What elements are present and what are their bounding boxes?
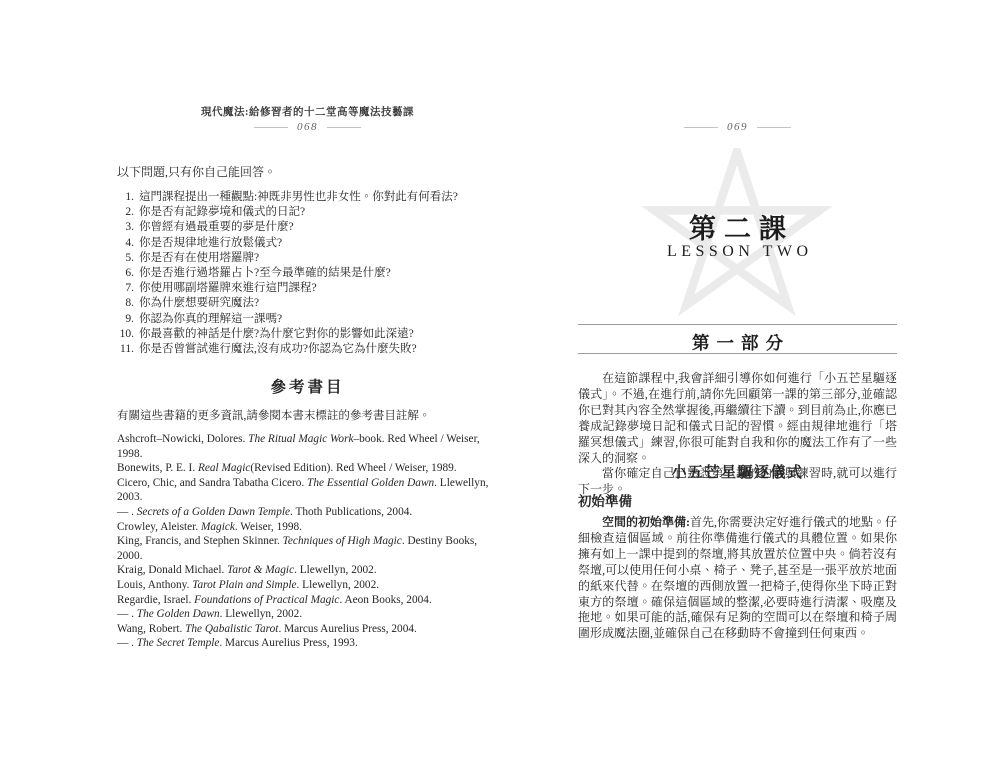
bib-text-segment: . Weiser, 1998. (235, 521, 302, 533)
question-text: 你是否有記錄夢境和儀式的日記? (139, 205, 498, 220)
question-text: 你最喜歡的神話是什麼?為什麼它對你的影響如此深遠? (139, 327, 498, 342)
bibliography-list: Ashcroft–Nowicki, Dolores. The Ritual Ma… (117, 432, 502, 651)
bib-title-segment: The Golden Dawn (137, 608, 220, 620)
question-number: 7. (113, 281, 134, 296)
bib-title-segment: The Qabalistic Tarot (185, 623, 278, 635)
bibliography-note: 有關這些書籍的更多資訊,請參閱本書末標註的參考書目註解。 (117, 407, 498, 423)
bib-title-segment: The Secret Temple (137, 637, 220, 649)
question-number: 1. (113, 190, 134, 205)
bib-text-segment: Crowley, Aleister. (117, 521, 201, 533)
preparation-body: 空間的初始準備:首先,你需要決定好進行儀式的地點。仔細檢查這個區域。前往你準備進… (578, 515, 897, 642)
preparation-text: 首先,你需要決定好進行儀式的地點。仔細檢查這個區域。前往你準備進行儀式的具體位置… (578, 515, 897, 640)
bib-title-segment: Techniques of High Magic (283, 535, 402, 547)
question-item: 8.你為什麼想要研究魔法? (113, 296, 498, 311)
bib-title-segment: Tarot & Magic (227, 564, 294, 576)
lesson-title-zh: 第二課 (578, 207, 897, 246)
bibliography-entry: — . Secrets of a Golden Dawn Temple. Tho… (117, 505, 502, 520)
question-number: 8. (113, 296, 134, 311)
left-page-number: 068 (297, 121, 318, 133)
question-number: 6. (113, 266, 134, 281)
right-page-number: 069 (727, 121, 748, 133)
question-text: 這門課程提出一種觀點:神既非男性也非女性。你對此有何看法? (139, 190, 498, 205)
bib-title-segment: Real Magic (198, 462, 250, 474)
left-folio: 068 (117, 121, 498, 133)
left-running-head: 現代魔法:給修習者的十二堂高等魔法技藝課 (117, 104, 498, 119)
bibliography-entry: Crowley, Aleister. Magick. Weiser, 1998. (117, 520, 502, 535)
bib-title-segment: The Ritual Magic Work (248, 433, 353, 445)
question-number: 2. (113, 205, 134, 220)
bib-text-segment: Bonewits, P. E. I. (117, 462, 198, 474)
bibliography-entry: Kraig, Donald Michael. Tarot & Magic. Ll… (117, 563, 502, 578)
bib-text-segment: . Marcus Aurelius Press, 2004. (278, 623, 416, 635)
question-list: 1.這門課程提出一種觀點:神既非男性也非女性。你對此有何看法?2.你是否有記錄夢… (113, 190, 498, 357)
question-text: 你使用哪副塔羅牌來進行這門課程? (139, 281, 498, 296)
bib-title-segment: Secrets of a Golden Dawn Temple (137, 506, 290, 518)
bib-title-segment: Tarot Plain and Simple (192, 579, 296, 591)
folio-dash (327, 127, 361, 128)
question-item: 2.你是否有記錄夢境和儀式的日記? (113, 205, 498, 220)
question-item: 3.你曾經有過最重要的夢是什麼? (113, 220, 498, 235)
question-item: 9.你認為你真的理解這一課嗎? (113, 312, 498, 327)
bibliography-heading: 參考書目 (117, 375, 498, 397)
bib-title-segment: Magick (201, 521, 235, 533)
bib-text-segment: . Llewellyn, 2002. (297, 579, 380, 591)
body-paragraph: 在這節課程中,我會詳細引導你如何進行「小五芒星驅逐儀式」。不過,在進行前,請你先… (578, 371, 897, 466)
bib-text-segment: Cicero, Chic, and Sandra Tabatha Cicero. (117, 477, 307, 489)
right-folio: 069 (578, 121, 897, 133)
bibliography-entry: Ashcroft–Nowicki, Dolores. The Ritual Ma… (117, 432, 502, 461)
question-text: 你認為你真的理解這一課嗎? (139, 312, 498, 327)
bib-text-segment: — . (117, 608, 137, 620)
bib-text-segment: . Llewellyn, 2002. (220, 608, 303, 620)
bib-text-segment: (Revised Edition). Red Wheel / Weiser, 1… (250, 462, 456, 474)
bibliography-entry: — . The Golden Dawn. Llewellyn, 2002. (117, 607, 502, 622)
question-text: 你為什麼想要研究魔法? (139, 296, 498, 311)
folio-dash (757, 127, 791, 128)
bib-text-segment: . Marcus Aurelius Press, 1993. (219, 637, 357, 649)
question-text: 你是否有在使用塔羅牌? (139, 251, 498, 266)
ritual-heading: 小五芒星驅逐儀式 (578, 461, 897, 482)
bibliography-entry: — . The Secret Temple. Marcus Aurelius P… (117, 636, 502, 651)
question-item: 5.你是否有在使用塔羅牌? (113, 251, 498, 266)
question-text: 你是否進行過塔羅占卜?至今最準確的結果是什麼? (139, 266, 498, 281)
bibliography-entry: Louis, Anthony. Tarot Plain and Simple. … (117, 578, 502, 593)
question-item: 1.這門課程提出一種觀點:神既非男性也非女性。你對此有何看法? (113, 190, 498, 205)
part-rule-top (578, 324, 897, 325)
question-number: 3. (113, 220, 134, 235)
bib-text-segment: King, Francis, and Stephen Skinner. (117, 535, 283, 547)
question-item: 6.你是否進行過塔羅占卜?至今最準確的結果是什麼? (113, 266, 498, 281)
bibliography-entry: Regardie, Israel. Foundations of Practic… (117, 593, 502, 608)
question-item: 10.你最喜歡的神話是什麼?為什麼它對你的影響如此深遠? (113, 327, 498, 342)
bib-text-segment: . Llewellyn, 2002. (294, 564, 377, 576)
part-heading: 第一部分 (578, 330, 897, 355)
bibliography-entry: King, Francis, and Stephen Skinner. Tech… (117, 534, 502, 563)
bib-text-segment: Kraig, Donald Michael. (117, 564, 227, 576)
question-number: 4. (113, 236, 134, 251)
bib-text-segment: . Aeon Books, 2004. (339, 594, 431, 606)
subsection-heading: 初始準備 (578, 490, 897, 510)
folio-dash (684, 127, 718, 128)
question-text: 你是否曾嘗試進行魔法,沒有成功?你認為它為什麼失敗? (139, 342, 498, 357)
bibliography-entry: Cicero, Chic, and Sandra Tabatha Cicero.… (117, 476, 502, 505)
question-item: 7.你使用哪副塔羅牌來進行這門課程? (113, 281, 498, 296)
question-item: 4.你是否規律地進行放鬆儀式? (113, 236, 498, 251)
bib-text-segment: Ashcroft–Nowicki, Dolores. (117, 433, 248, 445)
preparation-lead: 空間的初始準備: (602, 515, 690, 529)
folio-dash (254, 127, 288, 128)
question-text: 你曾經有過最重要的夢是什麼? (139, 220, 498, 235)
question-number: 9. (113, 312, 134, 327)
bib-text-segment: . Thoth Publications, 2004. (290, 506, 412, 518)
bibliography-entry: Wang, Robert. The Qabalistic Tarot. Marc… (117, 622, 502, 637)
bib-text-segment: Wang, Robert. (117, 623, 185, 635)
bib-text-segment: Regardie, Israel. (117, 594, 194, 606)
bib-text-segment: — . (117, 506, 137, 518)
bib-text-segment: — . (117, 637, 137, 649)
lesson-title-en: LESSON TWO (578, 243, 897, 261)
bib-text-segment: Louis, Anthony. (117, 579, 192, 591)
bib-title-segment: The Essential Golden Dawn (307, 477, 434, 489)
question-number: 11. (113, 342, 134, 357)
bib-title-segment: Foundations of Practical Magic (194, 594, 339, 606)
book-spread: 現代魔法:給修習者的十二堂高等魔法技藝課 068 以下問題,只有你自己能回答。 … (0, 0, 997, 764)
questions-intro: 以下問題,只有你自己能回答。 (117, 163, 498, 180)
question-number: 5. (113, 251, 134, 266)
bibliography-entry: Bonewits, P. E. I. Real Magic(Revised Ed… (117, 461, 502, 476)
part-rule-bottom (578, 353, 897, 354)
preparation-paragraph: 空間的初始準備:首先,你需要決定好進行儀式的地點。仔細檢查這個區域。前往你準備進… (578, 515, 897, 642)
question-number: 10. (113, 327, 134, 342)
question-item: 11.你是否曾嘗試進行魔法,沒有成功?你認為它為什麼失敗? (113, 342, 498, 357)
question-text: 你是否規律地進行放鬆儀式? (139, 236, 498, 251)
